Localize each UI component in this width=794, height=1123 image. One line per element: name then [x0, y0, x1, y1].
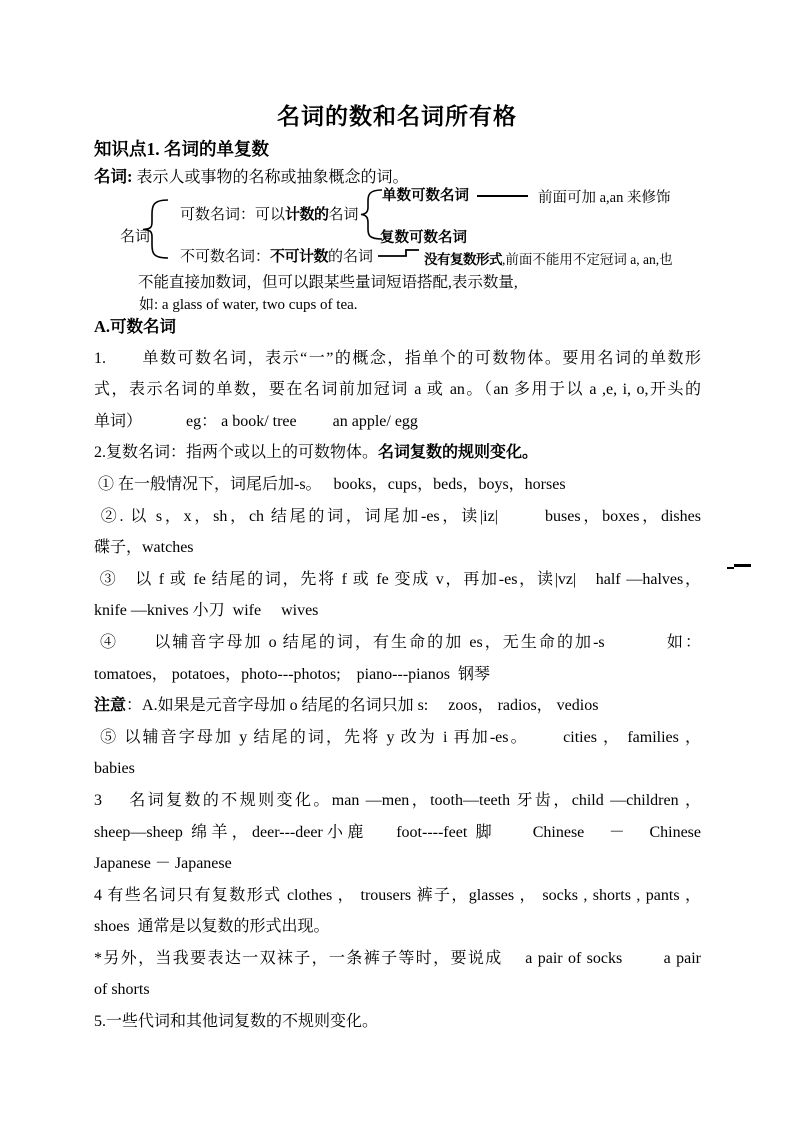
uncountable-bold: 不可计数 — [270, 249, 328, 265]
margin-dash-mark — [734, 564, 751, 567]
body-line: 3 名词复数的不规则变化。man —men，tooth—teeth 牙齿，chi… — [94, 785, 701, 817]
uncountable-suffix: 的名词 — [328, 249, 373, 265]
diagram-uncountable-continuation: 不能直接加数词，但可以跟某些量词短语搭配,表示数量, — [138, 270, 518, 292]
body-line: 注意：A.如果是元音字母加 o 结尾的名词只加 s: zoos， radios，… — [94, 690, 701, 722]
body-line: sheep—sheep 绵羊，deer---deer小鹿 foot----fee… — [94, 817, 701, 849]
document-page: 名词的数和名词所有格 知识点1. 名词的单复数 名词: 表示人或事物的名称或抽象… — [0, 0, 794, 1123]
body-line: 单词） eg： a book/ tree an apple/ egg — [94, 406, 701, 438]
body-line: ③ 以 f 或 fe 结尾的词，先将 f 或 fe 变成 v，再加-es，读|v… — [94, 564, 701, 596]
body-line: 4 有些名词只有复数形式 clothes ， trousers 裤子，glass… — [94, 880, 701, 912]
body-line: ④ 以辅音字母加 o 结尾的词，有生命的加 es，无生命的加-s 如： — [94, 627, 701, 659]
body-line: *另外，当我要表达一双袜子，一条裤子等时，要说成 a pair of socks… — [94, 943, 701, 975]
diagram-uncountable-branch: 不可数名词：不可计数的名词 — [180, 245, 373, 266]
body-line: shoes 通常是以复数的形式出现。 — [94, 911, 701, 943]
body-line: ②. 以 s，x，sh，ch 结尾的词，词尾加-es，读|iz| buses，b… — [94, 501, 701, 533]
section-a-heading: A.可数名词 — [94, 311, 701, 343]
body-line: ① 在一般情况下，词尾后加-s。 books，cups，beds，boys，ho… — [94, 469, 701, 501]
plural-rules-bold: 名词复数的规则变化。 — [378, 444, 538, 461]
body-line: tomatoes， potatoes，photo---photos; piano… — [94, 659, 701, 691]
body-line: ⑤ 以辅音字母加 y 结尾的词，先将 y 改为 i 再加-es。 cities … — [94, 722, 701, 754]
body-line: knife —knives 小刀 wife wives — [94, 595, 701, 627]
countable-suffix: 名词 — [329, 207, 359, 223]
no-plural-rest: ,前面不能用不定冠词 a, an,也 — [502, 252, 673, 267]
uncountable-connector-line — [378, 250, 419, 256]
note-text: ：A.如果是元音字母加 o 结尾的名词只加 s: zoos， radios， v… — [126, 697, 598, 714]
countable-bold: 计数的 — [285, 207, 329, 223]
note-bold-label: 注意 — [94, 697, 126, 714]
diagram-singular-label: 单数可数名词 — [382, 184, 469, 205]
body-line: 5.一些代词和其他词复数的不规则变化。 — [94, 1006, 701, 1038]
body-line: of shorts — [94, 974, 701, 1006]
no-plural-bold: 没有复数形式 — [424, 252, 502, 267]
inner-brace — [361, 190, 382, 239]
diagram-countable-branch: 可数名词：可以计数的名词 — [180, 203, 359, 224]
diagram-plural-label: 复数可数名词 — [380, 226, 467, 247]
diagram-singular-note: 前面可加 a,an 来修饰 — [538, 186, 671, 207]
diagram-root-label: 名词 — [120, 225, 150, 246]
countable-prefix: 可数名词：可以 — [180, 207, 285, 223]
body-line: 1. 单数可数名词，表示“一”的概念，指单个的可数物体。要用名词的单数形 — [94, 343, 701, 375]
body-line: Japanese － Japanese — [94, 848, 701, 880]
uncountable-prefix: 不可数名词： — [180, 249, 270, 265]
body-line: 碟子，watches — [94, 532, 701, 564]
plural-noun-intro: 2.复数名词：指两个或以上的可数物体。 — [94, 444, 378, 461]
document-body: A.可数名词 1. 单数可数名词，表示“一”的概念，指单个的可数物体。要用名词的… — [94, 311, 701, 1038]
body-line: 2.复数名词：指两个或以上的可数物体。名词复数的规则变化。 — [94, 437, 701, 469]
body-line: babies — [94, 753, 701, 785]
diagram-no-plural-note: 没有复数形式,前面不能用不定冠词 a, an,也 — [424, 248, 673, 268]
margin-dash-mark — [727, 567, 734, 569]
body-line: 式，表示名词的单数，要在名词前加冠词 a 或 an。（an 多用于以 a ,e,… — [94, 374, 701, 406]
